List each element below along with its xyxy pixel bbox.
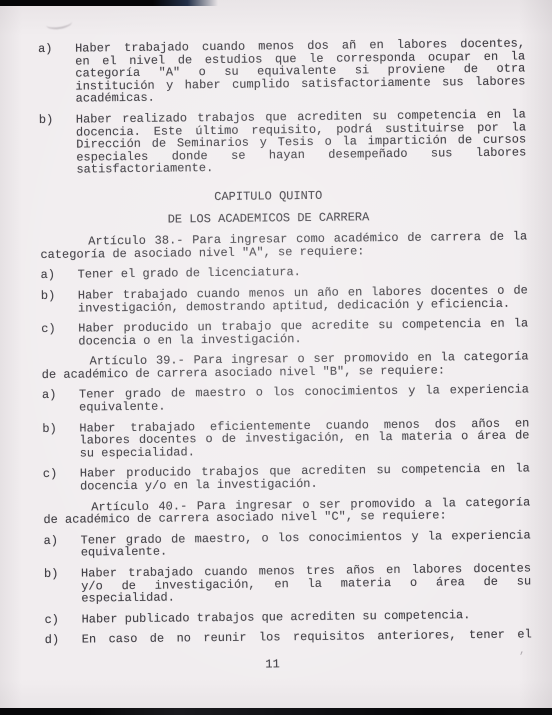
item-text: Haber producido un trabajo que acredite … [78,318,528,348]
list-item: a)Tener el grado de licenciatura. [41,264,528,282]
list-item: c)Haber producido trabajos que acrediten… [43,463,530,494]
list-item: d)En caso de no reunir los requisitos an… [45,629,532,647]
item-text: Haber publicado trabajos que acrediten s… [81,608,531,626]
paragraph: Artículo 38.- Para ingresar como académi… [40,231,527,262]
item-letter: a) [41,269,78,282]
item-text: Haber trabajado cuando menos tres años e… [81,562,531,605]
list-item: b)Haber realizado trabajos que acrediten… [39,108,527,176]
section-heading: DE LOS ACADEMICOS DE CARRERA [25,209,512,227]
document-body: a)Haber trabajado cuando menos dos añ en… [38,37,532,673]
scan-edge-top-bar [0,0,218,6]
item-letter: c) [41,323,78,349]
item-text: Tener el grado de licenciatura. [78,264,528,282]
page-number: 11 [29,656,516,674]
list-item: b)Haber trabajado eficientemente cuando … [42,417,529,460]
item-letter: c) [43,468,80,494]
text-line: Haber publicado trabajos que acrediten s… [81,608,531,626]
item-text: Haber trabajado cuando menos dos añ en l… [75,37,526,105]
item-letter: a) [44,534,81,560]
item-letter: a) [38,43,76,106]
scanned-page: { "page": { "number": "11" }, "colors": … [0,0,552,715]
item-letter: a) [42,389,79,415]
item-text: Haber trabajado cuando menos un año en l… [78,284,528,314]
item-letter: d) [45,634,82,647]
item-text: En caso de no reunir los requisitos ante… [82,629,532,647]
item-text: Haber producido trabajos que acrediten s… [80,463,530,493]
item-text: Haber trabajado eficientemente cuando me… [79,417,529,460]
item-letter: b) [39,114,77,177]
item-text: Tener grado de maestro, o los conocimien… [81,529,531,559]
item-letter: b) [44,568,81,606]
item-text: Haber realizado trabajos que acrediten s… [76,108,527,176]
list-item: b)Haber trabajado cuando menos un año en… [41,284,528,315]
scan-edge-bottom-bar [0,708,552,715]
text-line: En caso de no reunir los requisitos ante… [82,629,532,647]
list-item: a)Haber trabajado cuando menos dos añ en… [38,37,526,105]
scan-speck: , [519,645,526,657]
paragraph: Artículo 40.- Para ingresar o ser promov… [43,496,530,527]
list-item: b)Haber trabajado cuando menos tres años… [44,562,531,605]
section-heading: CAPITULO QUINTO [25,188,512,206]
list-item: a)Tener grado de maestro o los conocimie… [42,384,529,415]
list-item: a)Tener grado de maestro, o los conocimi… [44,529,531,560]
list-item: c)Haber producido un trabajo que acredit… [41,318,528,349]
list-item: c)Haber publicado trabajos que acrediten… [44,608,531,626]
item-letter: c) [44,613,81,626]
item-letter: b) [41,289,78,315]
item-text: Tener grado de maestro o los conocimient… [79,384,529,414]
text-line: equivalente. [79,397,529,415]
text-line: docencia y/o en la investigación. [80,475,530,493]
paragraph: Artículo 39.- Para ingresar o ser promov… [42,351,529,382]
text-line: Tener el grado de licenciatura. [78,264,528,282]
scan-smudge [45,16,72,31]
text-line: de académico de carrera asociado nivel "… [43,509,530,527]
item-letter: b) [42,422,79,460]
